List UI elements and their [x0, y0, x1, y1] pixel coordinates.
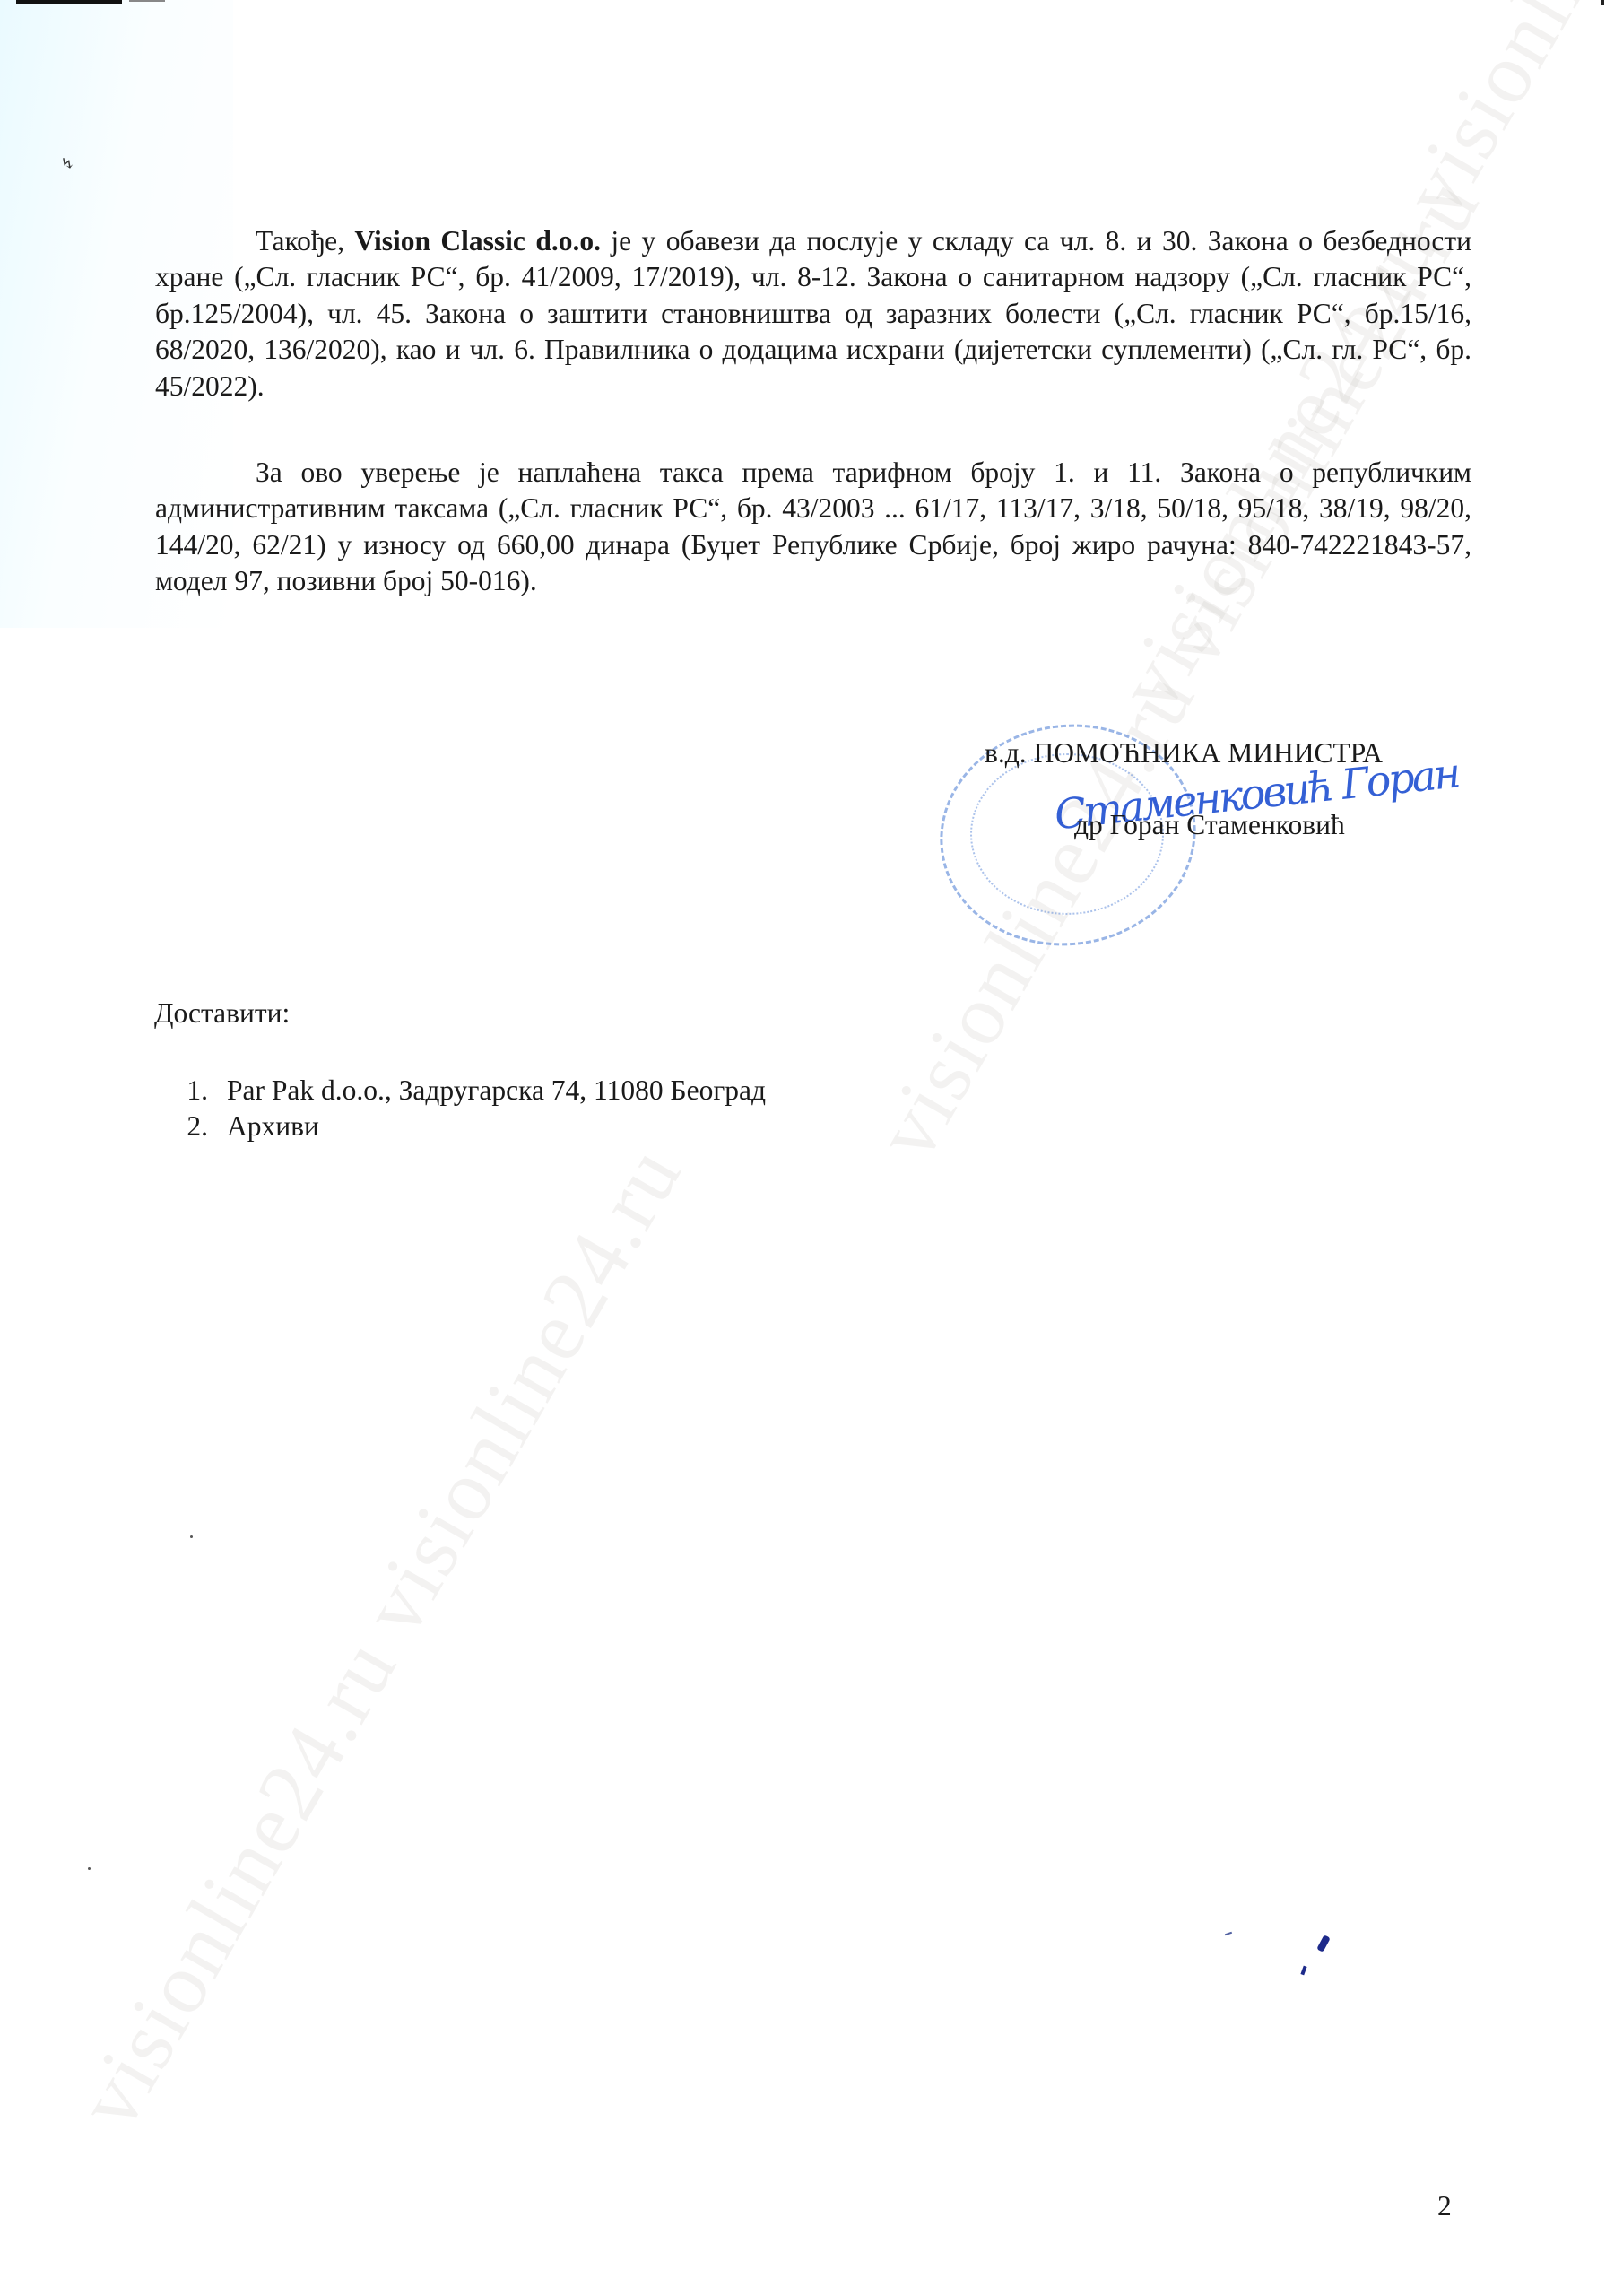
list-item: 2. Архиви [154, 1109, 766, 1144]
list-item: 1. Par Pak d.o.o., Задругарска 74, 11080… [154, 1073, 766, 1109]
scan-edge-mark [129, 0, 165, 2]
list-item-text: Par Pak d.o.o., Задругарска 74, 11080 Бе… [227, 1073, 766, 1109]
scan-speck [88, 1867, 91, 1870]
list-item-number: 2. [154, 1109, 227, 1144]
page-number: 2 [1437, 2190, 1452, 2222]
list-item-number: 1. [154, 1073, 227, 1109]
ink-mark [1300, 1966, 1306, 1976]
delivery-label: Доставити: [154, 997, 290, 1030]
list-item-text: Архиви [227, 1109, 319, 1144]
scan-edge-mark [16, 0, 122, 4]
delivery-list: 1. Par Pak d.o.o., Задругарска 74, 11080… [154, 1073, 766, 1144]
stray-mark: ↯ [58, 152, 77, 175]
company-name: Vision Classic d.o.o. [354, 225, 601, 257]
ink-mark [1225, 1932, 1232, 1936]
ink-mark [1316, 1935, 1331, 1952]
paragraph-obligations: Такође, Vision Classic d.o.o. је у обаве… [155, 223, 1471, 405]
scan-speck [190, 1535, 193, 1538]
paragraph-fee: За ово уверење је наплаћена такса према … [155, 455, 1471, 600]
paragraph-intro: Такође, [256, 225, 354, 257]
signatory-name: др Горан Стаменковић [1074, 809, 1345, 841]
scan-edge-mark [1601, 0, 1604, 5]
watermark: visionline24.ru visionline24.ru [57, 1129, 701, 2144]
